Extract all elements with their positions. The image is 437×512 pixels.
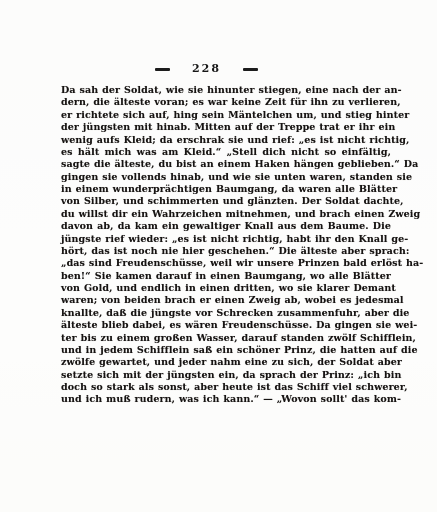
page-number: 228: [192, 64, 221, 74]
text-line: zwölfe gewartet, und jeder nahm eine zu …: [61, 357, 391, 369]
text-line: von Silber, und schimmerten und glänzten…: [61, 196, 391, 208]
header-dash-left: [155, 68, 170, 70]
text-line: Da sah der Soldat, wie sie hinunter stie…: [61, 85, 391, 97]
text-line: gingen sie vollends hinab, und wie sie u…: [61, 172, 391, 184]
text-line: älteste blieb dabei, es wären Freudensch…: [61, 320, 391, 332]
text-line: knallte, daß die jüngste vor Schrecken z…: [61, 308, 391, 320]
text-line: jüngste rief wieder: „es ist nicht richt…: [61, 234, 391, 246]
text-line: davon ab, da kam ein gewaltiger Knall au…: [61, 221, 391, 233]
text-line: setzte sich mit der jüngsten ein, da spr…: [61, 370, 391, 382]
text-line: der jüngsten mit hinab. Mitten auf der T…: [61, 122, 391, 134]
text-line: und in jedem Schifflein saß ein schöner …: [61, 345, 391, 357]
text-line: er richtete sich auf, hing sein Mäntelch…: [61, 110, 391, 122]
text-line: von Gold, und endlich in einen dritten, …: [61, 283, 391, 295]
text-line: waren; von beiden brach er einen Zweig a…: [61, 295, 391, 307]
text-line: hört, das ist noch nie hier geschehen.“ …: [61, 246, 391, 258]
text-line: ben!“ Sie kamen darauf in einen Baumgang…: [61, 271, 391, 283]
text-line: doch so stark als sonst, aber heute ist …: [61, 382, 391, 394]
header-dash-right: [243, 68, 258, 70]
page-header: 228: [0, 64, 413, 74]
text-block: Da sah der Soldat, wie sie hinunter stie…: [61, 85, 391, 407]
text-line: wenig aufs Kleid; da erschrak sie und ri…: [61, 135, 391, 147]
text-line: in einem wunderprächtigen Baumgang, da w…: [61, 184, 391, 196]
text-line: sagte die älteste, du bist an einem Hake…: [61, 159, 391, 171]
text-line: dern, die älteste voran; es war keine Ze…: [61, 97, 391, 109]
text-line: du willst dir ein Wahrzeichen mitnehmen,…: [61, 209, 391, 221]
text-line: „das sind Freudenschüsse, weil wir unser…: [61, 258, 391, 270]
book-page: 228 Da sah der Soldat, wie sie hinunter …: [0, 0, 437, 512]
text-line: es hält mich was am Kleid.“ „Stell dich …: [61, 147, 391, 159]
text-line: und ich muß rudern, was ich kann.“ — „Wo…: [61, 394, 391, 406]
text-line: ter bis zu einem großen Wasser, darauf s…: [61, 333, 391, 345]
